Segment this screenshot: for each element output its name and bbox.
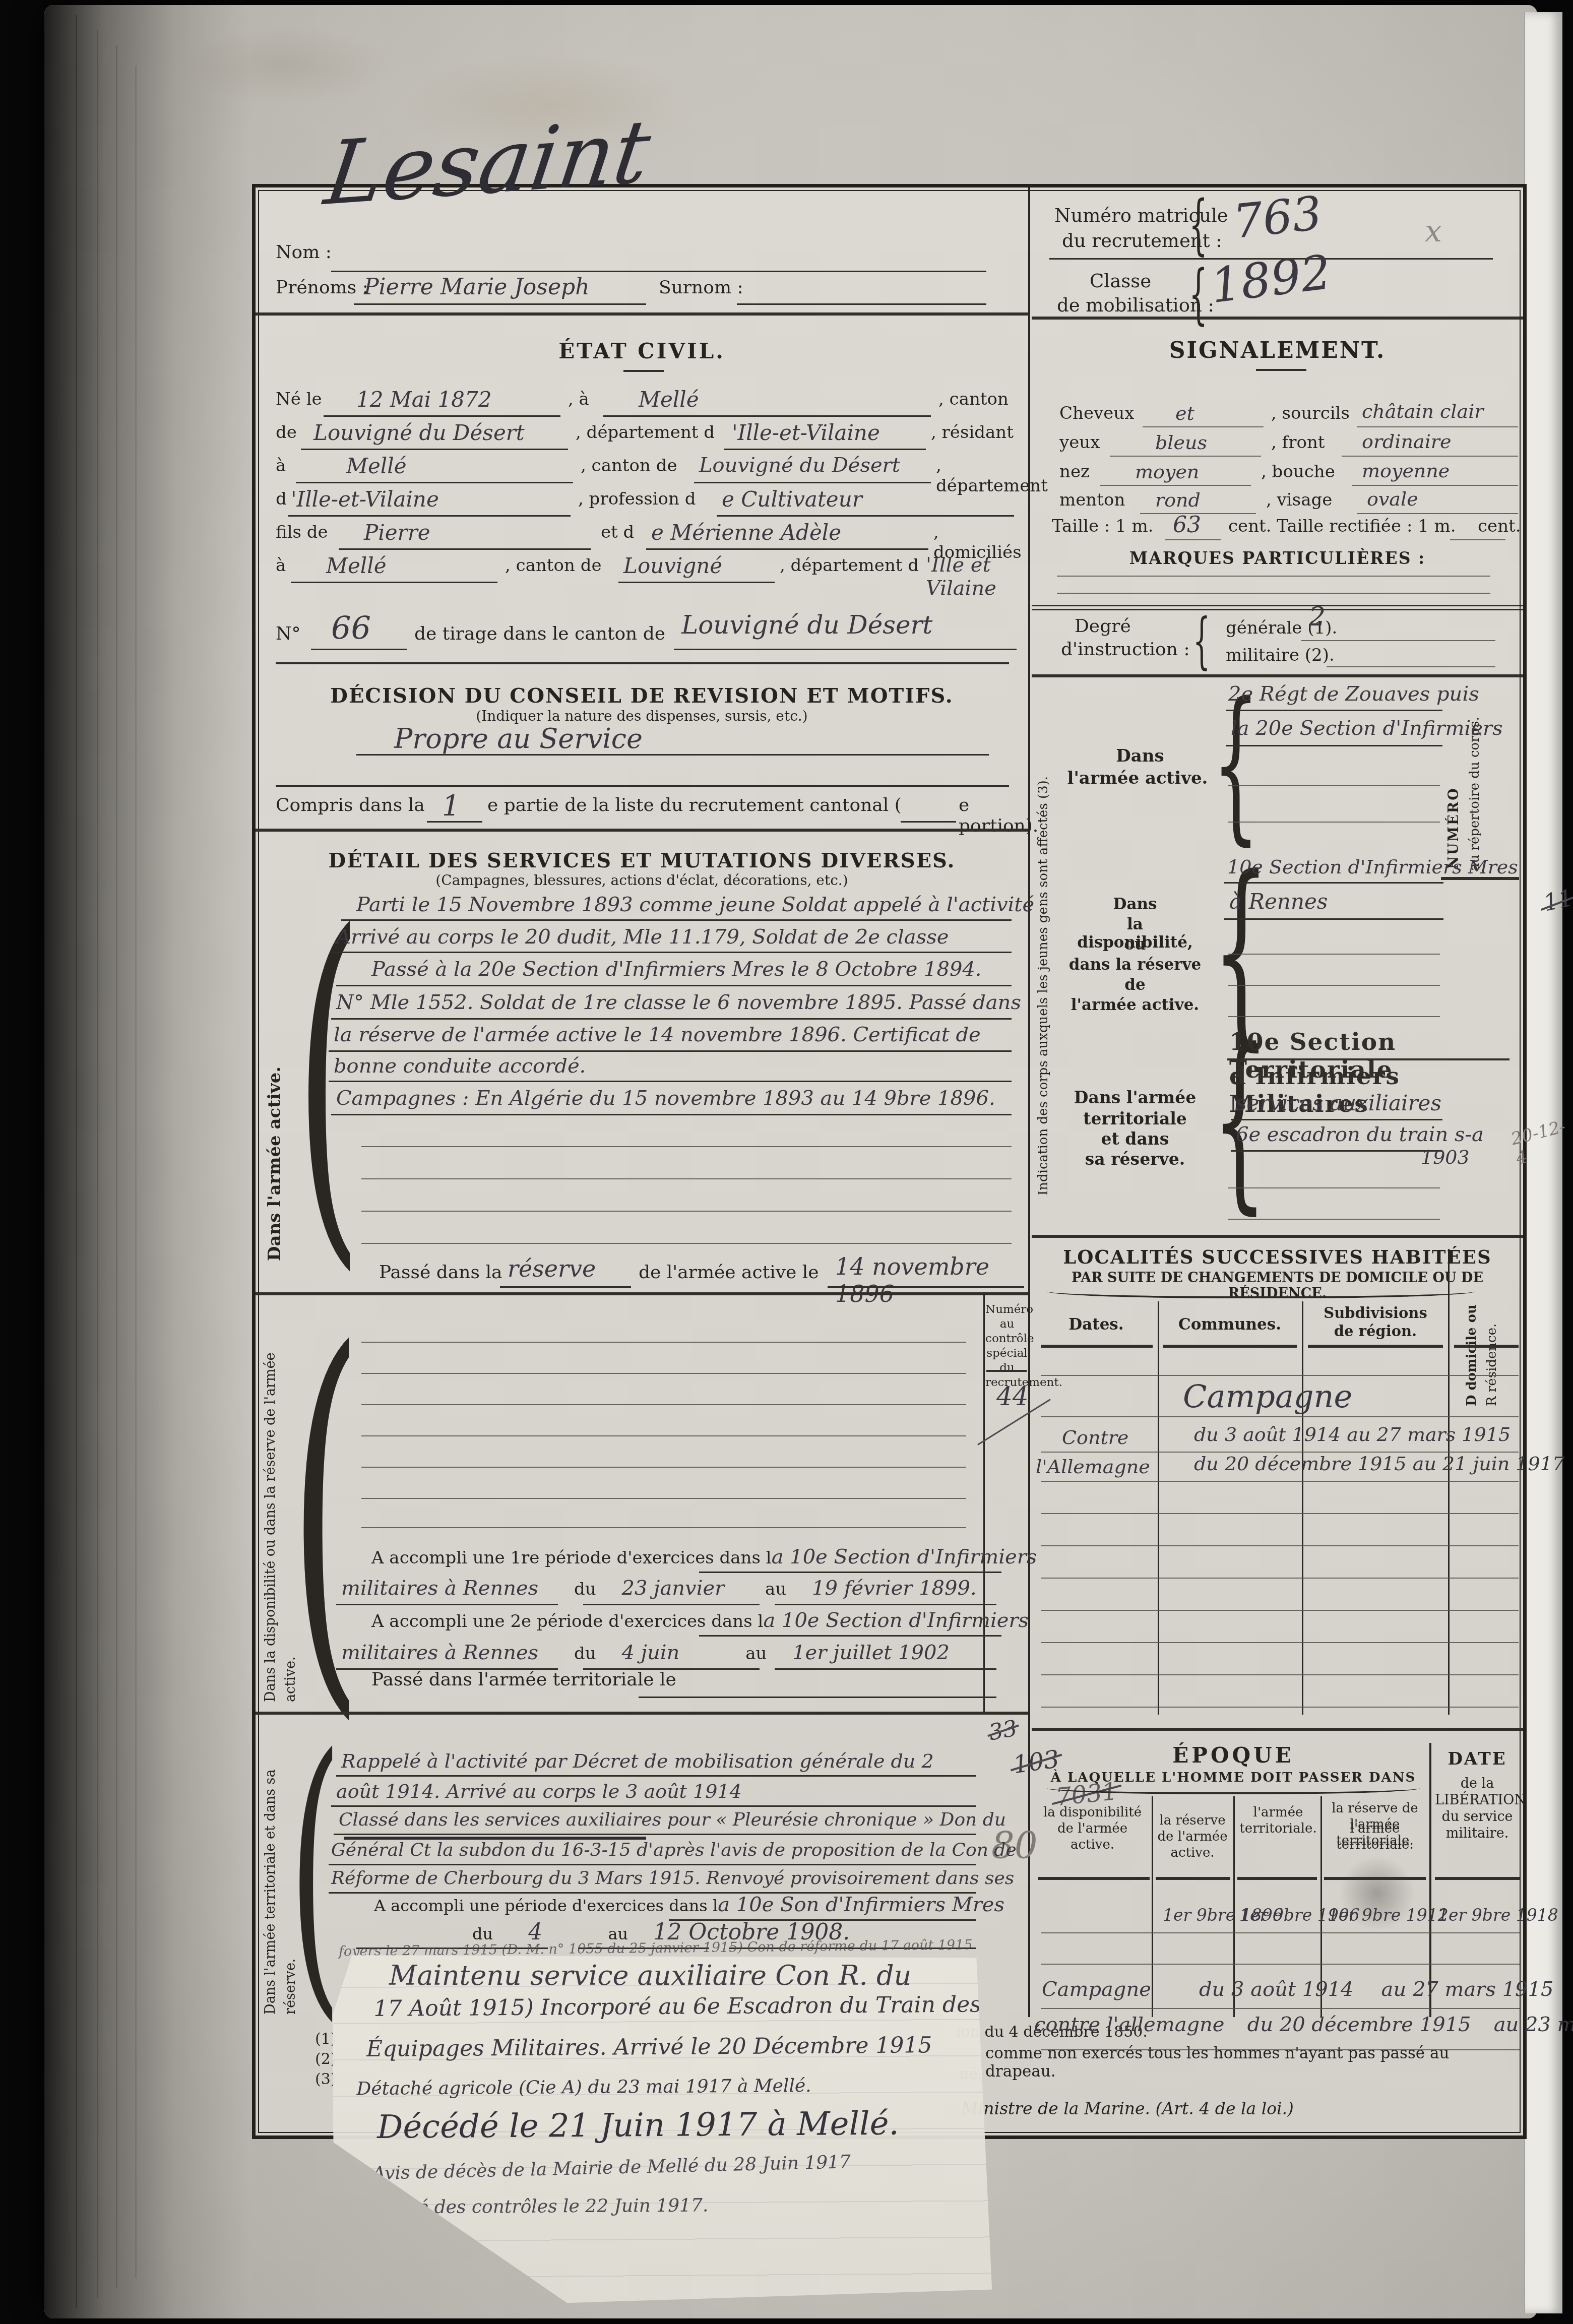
services-l2: Arrivé au corps le 20 dudit, Mle 11.179,…: [336, 925, 949, 949]
conseil-decision: Propre au Service: [394, 723, 643, 755]
services-ul4: [331, 1018, 1012, 1020]
sig-row-3: nez moyen , bouche moyenne: [1059, 462, 1523, 488]
dispo-ul4c: [775, 1668, 996, 1670]
terr-ul2: [331, 1805, 976, 1807]
corps-dispo-h2: à Rennes: [1229, 889, 1328, 914]
surnom-label: Surnom :: [659, 277, 743, 298]
ec-l1h1: 12 Mai 1872: [356, 387, 492, 412]
ec-l3p2: , canton de: [581, 456, 677, 476]
tirage-no-label: N°: [276, 623, 301, 644]
blank-line: [361, 1373, 966, 1374]
epoque-subtitle: À LAQUELLE L'HOMME DOIT PASSER DANS: [1034, 1770, 1432, 1785]
dispo-p2a: A accompli une 2e période d'exercices da…: [371, 1611, 763, 1631]
sig-r5h1: 63: [1173, 512, 1201, 538]
corps-dispo-lab4: de: [1067, 976, 1203, 994]
blank-line: [361, 1178, 1012, 1179]
tirage-value: 66: [331, 609, 371, 646]
blank-line: [1228, 1187, 1440, 1188]
nom-underline: [331, 271, 986, 272]
blank-line: [361, 1342, 966, 1343]
blank-line: [361, 1435, 966, 1436]
ec-l2p2: , département d: [576, 422, 715, 443]
sig-row-2: yeux bleus , front ordinaire: [1059, 432, 1523, 459]
epoque-hw-row1: Campagne du 3 août 1914 au 27 mars 1915: [1042, 1978, 1526, 2001]
dispo-p2f: au: [745, 1644, 767, 1664]
degre-rule2: [1327, 666, 1495, 667]
blank-line: [361, 1527, 966, 1528]
sig-r5a: Taille : 1 m.: [1052, 516, 1154, 536]
ec-l2-rule1: [301, 449, 568, 450]
corps-terr-h1: services auxiliaires: [1236, 1091, 1441, 1115]
terr-p7a: du: [472, 1924, 493, 1943]
compris-rule2: [901, 821, 956, 823]
ec-l3-rule1: [296, 482, 573, 483]
prenoms-underline: [354, 303, 646, 305]
sig-r2-rule: [1110, 456, 1261, 457]
sig-r4-rule2: [1357, 513, 1518, 514]
epoque-headrule-1: [1038, 1877, 1150, 1880]
epoque-col2: la réserve de l'armée active.: [1154, 1812, 1231, 1861]
dispo-p1c: militaires à Rennes: [341, 1577, 538, 1600]
localites-colborder-3: [1448, 1249, 1450, 1715]
corps-active-label1: Dans: [1082, 746, 1198, 766]
dispo-ul2b: [583, 1604, 760, 1605]
services-title: DÉTAIL DES SERVICES ET MUTATIONS DIVERSE…: [256, 849, 1028, 872]
ec-l6h2: Louvigné: [623, 553, 722, 578]
blank-line: [1041, 1416, 1519, 1417]
classe-label-1: Classe: [1090, 270, 1151, 292]
section-rule: [256, 312, 1028, 316]
sig-r1h1: et: [1175, 402, 1194, 424]
corps-terr-num3: 1903: [1421, 1146, 1470, 1168]
section-rule: [1032, 1728, 1523, 1731]
title-dash: [623, 370, 664, 372]
corps-terr-h2: 6e escadron du train s-a: [1236, 1123, 1484, 1146]
ec-l4-rule1: [288, 515, 571, 517]
ec-l5p2: et d: [601, 522, 634, 542]
epoque-value-4: 1er 9bre 1918: [1438, 1905, 1558, 1925]
ec-l3p1: à: [276, 456, 286, 476]
nom-label: Nom :: [276, 242, 332, 263]
ec-l4h2: e Cultivateur: [722, 487, 862, 512]
sig-r2b: , front: [1271, 432, 1325, 453]
margin-num-33: 33: [987, 1716, 1019, 1746]
sig-r1a: Cheveux: [1059, 403, 1134, 423]
blank-line: [1041, 2008, 1520, 2009]
localites-col3b: de région.: [1308, 1323, 1443, 1340]
localites-headrule-4: [1454, 1345, 1519, 1348]
ec-l5-rule1: [339, 548, 591, 550]
ec-l6-rule2: [618, 582, 775, 583]
blank-line: [361, 1467, 966, 1468]
dispo-p3: Passé dans l'armée territoriale le: [371, 1669, 676, 1690]
blank-line: [1228, 785, 1440, 786]
ec-l1-rule2: [603, 415, 931, 417]
sig-r3-rule: [1100, 485, 1251, 486]
corps-active-ul1: [1226, 710, 1442, 711]
marques-title: MARQUES PARTICULIÈRES :: [1032, 548, 1523, 568]
epoque-hw2b: du 20 décembre 1915: [1247, 2013, 1471, 2036]
services-l6: bonne conduite accordé.: [334, 1054, 586, 1078]
corps-terr-ul1: [1227, 1058, 1509, 1060]
conseil-rule1: [356, 754, 989, 756]
services-ul2: [331, 952, 1012, 953]
services-subtitle: (Campagnes, blessures, actions d'éclat, …: [256, 872, 1028, 889]
double-rule-b: [1032, 609, 1523, 610]
terr-maintenu: Maintenu service auxiliaire Con R. du: [389, 1960, 911, 1991]
sig-r3-rule2: [1352, 485, 1518, 486]
terr-p6: A accompli une période d'exercices dans …: [374, 1893, 1029, 1916]
dispo-p2b: a 10e Section d'Infirmiers: [763, 1609, 1029, 1632]
terr-l4: Général Ct la subdon du 16-3-15 d'après …: [331, 1840, 1017, 1860]
blank-line: [1041, 1610, 1519, 1611]
degre-label-2: d'instruction :: [1061, 639, 1190, 660]
epoque-hw-row2: contre l'allemagne du 20 décembre 1915 a…: [1034, 2013, 1528, 2036]
slip-line-1: 17 Août 1915) Incorporé au 6e Escadron d…: [373, 1992, 981, 2022]
localites-hw-title: Campagne: [1183, 1378, 1352, 1415]
sig-r4h1: rond: [1155, 489, 1201, 511]
section-rule: [1032, 674, 1523, 677]
sig-r5-rule: [1165, 539, 1221, 540]
page-edge-line: [76, 15, 77, 2308]
degre-generale-value: 2: [1309, 602, 1326, 632]
services-ul1: [341, 919, 1012, 921]
services-l5: la réserve de l'armée active le 14 novem…: [334, 1023, 981, 1046]
sig-r3h2: moyenne: [1362, 460, 1450, 482]
corps-terr-ul3: [1231, 1150, 1442, 1152]
dispo-ul5: [639, 1697, 996, 1698]
corps-terr-lab0: Dans l'armée: [1067, 1088, 1203, 1107]
terr-l3: Classé dans les services auxiliaires pou…: [339, 1809, 1006, 1830]
corps-terr-ul2: [1231, 1119, 1442, 1120]
ec-l6h1: Mellé: [326, 553, 387, 578]
dispo-p1e: 23 janvier: [621, 1577, 724, 1600]
reserve-h1: réserve: [508, 1255, 596, 1282]
matricule-form-card: Lesaint Nom : Prénoms : Pierre Marie Jos…: [252, 184, 1527, 2139]
sig-r3b: , bouche: [1261, 462, 1335, 482]
localites-colborder-1: [1158, 1301, 1159, 1715]
sig-r5-rule2: [1450, 539, 1505, 540]
blank-line: [1041, 1707, 1519, 1708]
double-rule-a: [1032, 605, 1523, 606]
reserve-rule2: [828, 1286, 1024, 1288]
dispo-p2e: 4 juin: [621, 1641, 679, 1664]
sig-r3h1: moyen: [1135, 461, 1199, 483]
sig-r5b: cent. Taille rectifiée : 1 m.: [1228, 516, 1456, 536]
services-ul5: [329, 1050, 1012, 1052]
section-rule: [256, 1292, 1028, 1295]
sig-row-5: Taille : 1 m. 63 cent. Taille rectifiée …: [1052, 516, 1523, 544]
epoque-hw1c: au 27 mars 1915: [1381, 1978, 1554, 2001]
services-ul3: [336, 985, 1012, 986]
corps-dispo-lab5: l'armée active.: [1067, 996, 1203, 1014]
compris-p1: Compris dans la: [276, 795, 425, 815]
blank-line: [1041, 1545, 1519, 1546]
ec-line-6: à Mellé , canton de Louvigné , départeme…: [276, 555, 1017, 586]
blank-line: [1041, 1481, 1519, 1482]
dispo-p2-line1: A accompli une 2e période d'exercices da…: [371, 1609, 1027, 1632]
localites-r1c2: du 3 août 1914 au 27 mars 1915: [1194, 1423, 1511, 1446]
ec-line-1: Né le 12 Mai 1872 , à Mellé , canton: [276, 389, 1017, 419]
ec-l4-rule2: [717, 515, 1014, 517]
localites-r1c1: Contre: [1062, 1426, 1128, 1449]
epoque-col4: la réserve de l'armée territoriale.: [1323, 1800, 1427, 1849]
corps-active-h2: la 20e Section d'Infirmiers: [1231, 717, 1503, 740]
terr-ul4: [329, 1864, 976, 1865]
corps-terr-lab3: sa réserve.: [1067, 1149, 1203, 1169]
ec-l1p1: Né le: [276, 389, 322, 409]
blank-line: [1057, 576, 1490, 577]
ec-l2h1: Louvigné du Désert: [313, 420, 525, 445]
ec-l3h1: Mellé: [346, 454, 407, 478]
dispo-ul2c: [775, 1604, 996, 1605]
epoque-headrule-2: [1156, 1877, 1230, 1880]
sig-r1-rule: [1143, 426, 1264, 427]
ec-l1p2: , à: [568, 389, 589, 409]
dispo-p1a: A accompli une 1re période d'exercices d…: [371, 1548, 772, 1568]
conseil-title: DÉCISION DU CONSEIL DE REVISION ET MOTIF…: [256, 684, 1028, 708]
sig-r1h2: châtain clair: [1362, 400, 1483, 422]
services-l4: N° Mle 1552. Soldat de 1re classe le 6 n…: [336, 991, 1021, 1014]
localites-col2: Communes.: [1163, 1315, 1297, 1334]
corps-dispo-lab2: ou: [1067, 935, 1203, 954]
numero-col-rule: [986, 1370, 1027, 1372]
epoque-title: ÉPOQUE: [1034, 1743, 1432, 1768]
reserve-line: Passé dans la réserve de l'armée active …: [379, 1255, 1024, 1290]
blank-line: [1041, 1375, 1519, 1376]
section-rule: [276, 662, 1009, 664]
section-rule: [256, 1712, 1028, 1715]
corps-dispo-ul2: [1224, 918, 1443, 920]
surnom-underline: [737, 303, 986, 305]
sig-r2a: yeux: [1059, 432, 1100, 453]
epoque-date-label1: de la LIBÉRATION du service militaire.: [1435, 1775, 1520, 1842]
ec-l6-rule1: [291, 582, 497, 583]
dispo-p2g: 1er juillet 1902: [792, 1641, 950, 1664]
sig-r5c: cent.: [1478, 516, 1521, 536]
numero-special-value: 44: [996, 1382, 1029, 1411]
blank-line: [1228, 985, 1440, 986]
epoque-hw1a: Campagne: [1042, 1978, 1151, 2001]
blank-line: [1041, 1642, 1519, 1643]
sig-row-4: menton rond , visage ovale: [1059, 490, 1523, 516]
matricule-brace: {: [1189, 192, 1208, 257]
sig-r4h2: ovale: [1367, 488, 1418, 510]
localites-r2c2: du 20 décembre 1915 au 21 juin 1917: [1194, 1453, 1564, 1475]
blank-line: [361, 1211, 1012, 1212]
localites-headrule-3: [1308, 1345, 1443, 1348]
localites-r2c1: l'Allemagne: [1036, 1456, 1150, 1478]
signalement-title: SIGNALEMENT.: [1032, 338, 1523, 363]
ec-l6p3: , département d: [780, 555, 919, 576]
terr-p6a: A accompli une période d'exercices dans …: [374, 1896, 718, 1915]
sig-r3a: nez: [1059, 462, 1090, 482]
scanned-military-register-page: 20-12-4 Lesaint Nom : Prénoms : Pierre M…: [0, 0, 1573, 2324]
epoque-headrule-5: [1435, 1877, 1520, 1880]
blank-line: [1228, 1219, 1440, 1220]
corps-active-label2: l'armée active.: [1062, 768, 1213, 788]
prenoms-value: Pierre Marie Joseph: [364, 274, 589, 300]
sig-r2h2: ordinaire: [1362, 430, 1451, 453]
reserve-h2: 14 novembre 1896: [835, 1253, 1024, 1307]
footnote-f4: Ministre de la Marine. (Art. 4 de la loi…: [961, 2099, 1294, 2118]
dispo-p1g: 19 février 1899.: [812, 1577, 977, 1600]
ec-l4p1: d: [276, 489, 287, 509]
blank-line: [1041, 2049, 1520, 2050]
sig-r4b: , visage: [1266, 490, 1332, 510]
localites-col3: Subdivisions: [1308, 1304, 1443, 1322]
etat-civil-title: ÉTAT CIVIL.: [256, 339, 1028, 363]
classe-value: 1892: [1208, 245, 1334, 314]
blank-line: [361, 1404, 966, 1405]
blank-line: [1041, 1513, 1519, 1514]
localites-headrule-2: [1163, 1345, 1297, 1348]
sig-r1-rule2: [1357, 426, 1518, 427]
section-rule: [256, 829, 1028, 832]
blank-line: [361, 1498, 966, 1499]
localites-colborder-2: [1302, 1301, 1303, 1715]
corps-active-h1: 2e Régt de Zouaves puis: [1228, 682, 1479, 706]
slip-line-4: Décédé le 21 Juin 1917 à Mellé.: [377, 2105, 899, 2146]
reserve-p1: Passé dans la: [379, 1262, 502, 1283]
sig-r1b: , sourcils: [1271, 403, 1350, 423]
services-ul7: [331, 1114, 1012, 1115]
dispo-p2d: du: [574, 1644, 596, 1664]
services-ul6: [329, 1081, 1012, 1082]
ec-l1h2: Mellé: [639, 387, 699, 412]
epoque-col3-real: l'armée territoriale.: [1237, 1804, 1319, 1837]
sig-r4a: menton: [1059, 490, 1125, 510]
ec-l6p1: à: [276, 555, 286, 576]
dispo-p1-line1: A accompli une 1re période d'exercices d…: [371, 1545, 1027, 1568]
ec-l5h1: Pierre: [364, 520, 430, 545]
blank-line: [1041, 1964, 1520, 1965]
ec-l2h2: 'Ille-et-Vilaine: [732, 420, 880, 445]
corps-active-ul2: [1226, 745, 1442, 746]
ec-l2p3: , résidant: [931, 422, 1014, 443]
epoque-col1: la disponibilité de l'armée active.: [1036, 1804, 1149, 1853]
services-vertical-label: Dans l'armée active.: [265, 908, 285, 1261]
localites-side2: R résidence.: [1484, 1255, 1502, 1406]
dispo-ul1: [699, 1572, 1001, 1573]
corps-terr-lab1: territoriale: [1067, 1109, 1203, 1128]
epoque-hw2a: contre l'allemagne: [1034, 2013, 1225, 2036]
dispo-p2c: militaires à Rennes: [341, 1641, 538, 1664]
corps-dispo-ul1: [1224, 882, 1443, 884]
tirage-text: de tirage dans le canton de: [414, 623, 665, 644]
ec-l3h2: Louvigné du Désert: [699, 454, 900, 477]
ec-line-5: fils de Pierre et d e Mérienne Adèle , d…: [276, 522, 1017, 552]
compris-rule1: [427, 821, 482, 823]
page-edge-line: [97, 30, 98, 2298]
ec-l4h1: 'Ille-et-Vilaine: [291, 487, 439, 512]
epoque-headrule-3: [1237, 1877, 1317, 1880]
corps-dispo-h1: 10e Section d'Infirmiers Mres: [1227, 856, 1518, 878]
matricule-check-mark: x: [1425, 214, 1442, 249]
corps-dispo-lab0: Dans: [1067, 895, 1203, 913]
ec-l5h2: e Mérienne Adèle: [651, 520, 841, 545]
terr-ul3: [334, 1834, 976, 1835]
ec-l2p1: de: [276, 422, 297, 443]
tirage-rule1: [311, 649, 407, 650]
title-dash: [1256, 369, 1306, 371]
compris-line: Compris dans la 1 e partie de la liste d…: [276, 795, 1017, 825]
ec-l5-rule2: [646, 548, 928, 550]
dispo-p1b: a 10e Section d'Infirmiers: [772, 1545, 1037, 1568]
sig-row-1: Cheveux et , sourcils châtain clair: [1059, 403, 1523, 429]
services-l3: Passé à la 20e Section d'Infirmiers Mres…: [371, 958, 982, 981]
numero-col-header: Numéro au contrôle spécial du recrutemen…: [985, 1302, 1029, 1390]
terr-p6b: a 10e Son d'Infirmiers Mres: [718, 1893, 1004, 1916]
terr-ul1: [336, 1775, 976, 1777]
ec-l1p3: , canton: [938, 389, 1009, 409]
reserve-rule1: [500, 1286, 631, 1288]
ec-l4p2: , profession d: [578, 489, 696, 509]
localites-side1: D domicile ou: [1464, 1255, 1483, 1406]
slip-line-3: Détaché agricole (Cie A) du 23 mai 1917 …: [356, 2076, 811, 2099]
page-edge-line: [116, 45, 117, 2288]
blank-line: [1057, 593, 1490, 594]
blank-line: [1041, 1578, 1519, 1579]
ec-l3-rule2: [694, 482, 931, 483]
conseil-rule2: [276, 785, 1009, 787]
dispo-p1-line2: militaires à Rennes du 23 janvier au 19 …: [341, 1577, 1012, 1600]
tirage-line: N° 66 de tirage dans le canton de Louvig…: [276, 613, 1017, 654]
ec-line-2: de Louvigné du Désert , département d 'I…: [276, 422, 1017, 453]
services-l1: Parti le 15 Novembre 1893 comme jeune So…: [356, 893, 1034, 916]
localites-col1: Dates.: [1041, 1315, 1152, 1334]
epoque-date-label0: DATE: [1435, 1749, 1520, 1769]
terr-l5: Réforme de Cherbourg du 3 Mars 1915. Ren…: [331, 1868, 1014, 1889]
ec-l6p2: , canton de: [505, 555, 602, 576]
dispo-p1f: au: [765, 1579, 786, 1599]
ec-l6h3: 'Ille et Vilaine: [926, 553, 1017, 600]
corps-terr-lab2: et dans: [1067, 1129, 1203, 1149]
compris-value: 1: [442, 790, 460, 823]
tirage-rule2: [674, 649, 1017, 650]
blank-line: [1041, 1674, 1519, 1675]
epoque-hw2c: au 23 mai 1917: [1494, 2013, 1573, 2036]
terr-p7b: 4: [528, 1919, 542, 1945]
degre-brace: {: [1193, 611, 1210, 671]
section-rule: [1032, 1235, 1523, 1238]
blank-line: [361, 1146, 1012, 1147]
degre-rule1: [1301, 640, 1495, 641]
ec-l5p1: fils de: [276, 522, 328, 542]
epoque-date-border: [1429, 1743, 1431, 2017]
slip-line-2: Équipages Militaires. Arrivé le 20 Décem…: [366, 2032, 932, 2062]
blank-line: [1041, 1932, 1520, 1933]
matricule-value: 763: [1231, 186, 1325, 249]
section-rule: [1032, 317, 1523, 320]
reserve-p2: de l'armée active le: [639, 1262, 819, 1283]
blank-line: [361, 1243, 1012, 1244]
localites-headrule-1: [1041, 1345, 1153, 1348]
services-l7: Campagnes : En Algérie du 15 novembre 18…: [336, 1087, 995, 1110]
prenoms-label: Prénoms :: [276, 277, 368, 298]
blank-line: [1228, 954, 1440, 955]
dispo-p2-line2: militaires à Rennes du 4 juin au 1er jui…: [341, 1641, 1012, 1664]
dispo-ul2: [336, 1604, 558, 1605]
ec-line-4: d 'Ille-et-Vilaine , profession d e Cult…: [276, 489, 1017, 519]
sig-r2-rule2: [1342, 456, 1518, 457]
corps-dispo-lab3: dans la réserve: [1067, 956, 1203, 974]
conseil-subtitle: (Indiquer la nature des dispenses, sursi…: [256, 708, 1028, 724]
dispo-ul3: [699, 1635, 1001, 1637]
blank-line: [1228, 822, 1440, 823]
dispo-p1d: du: [574, 1579, 596, 1599]
sig-r2h1: bleus: [1155, 431, 1207, 454]
